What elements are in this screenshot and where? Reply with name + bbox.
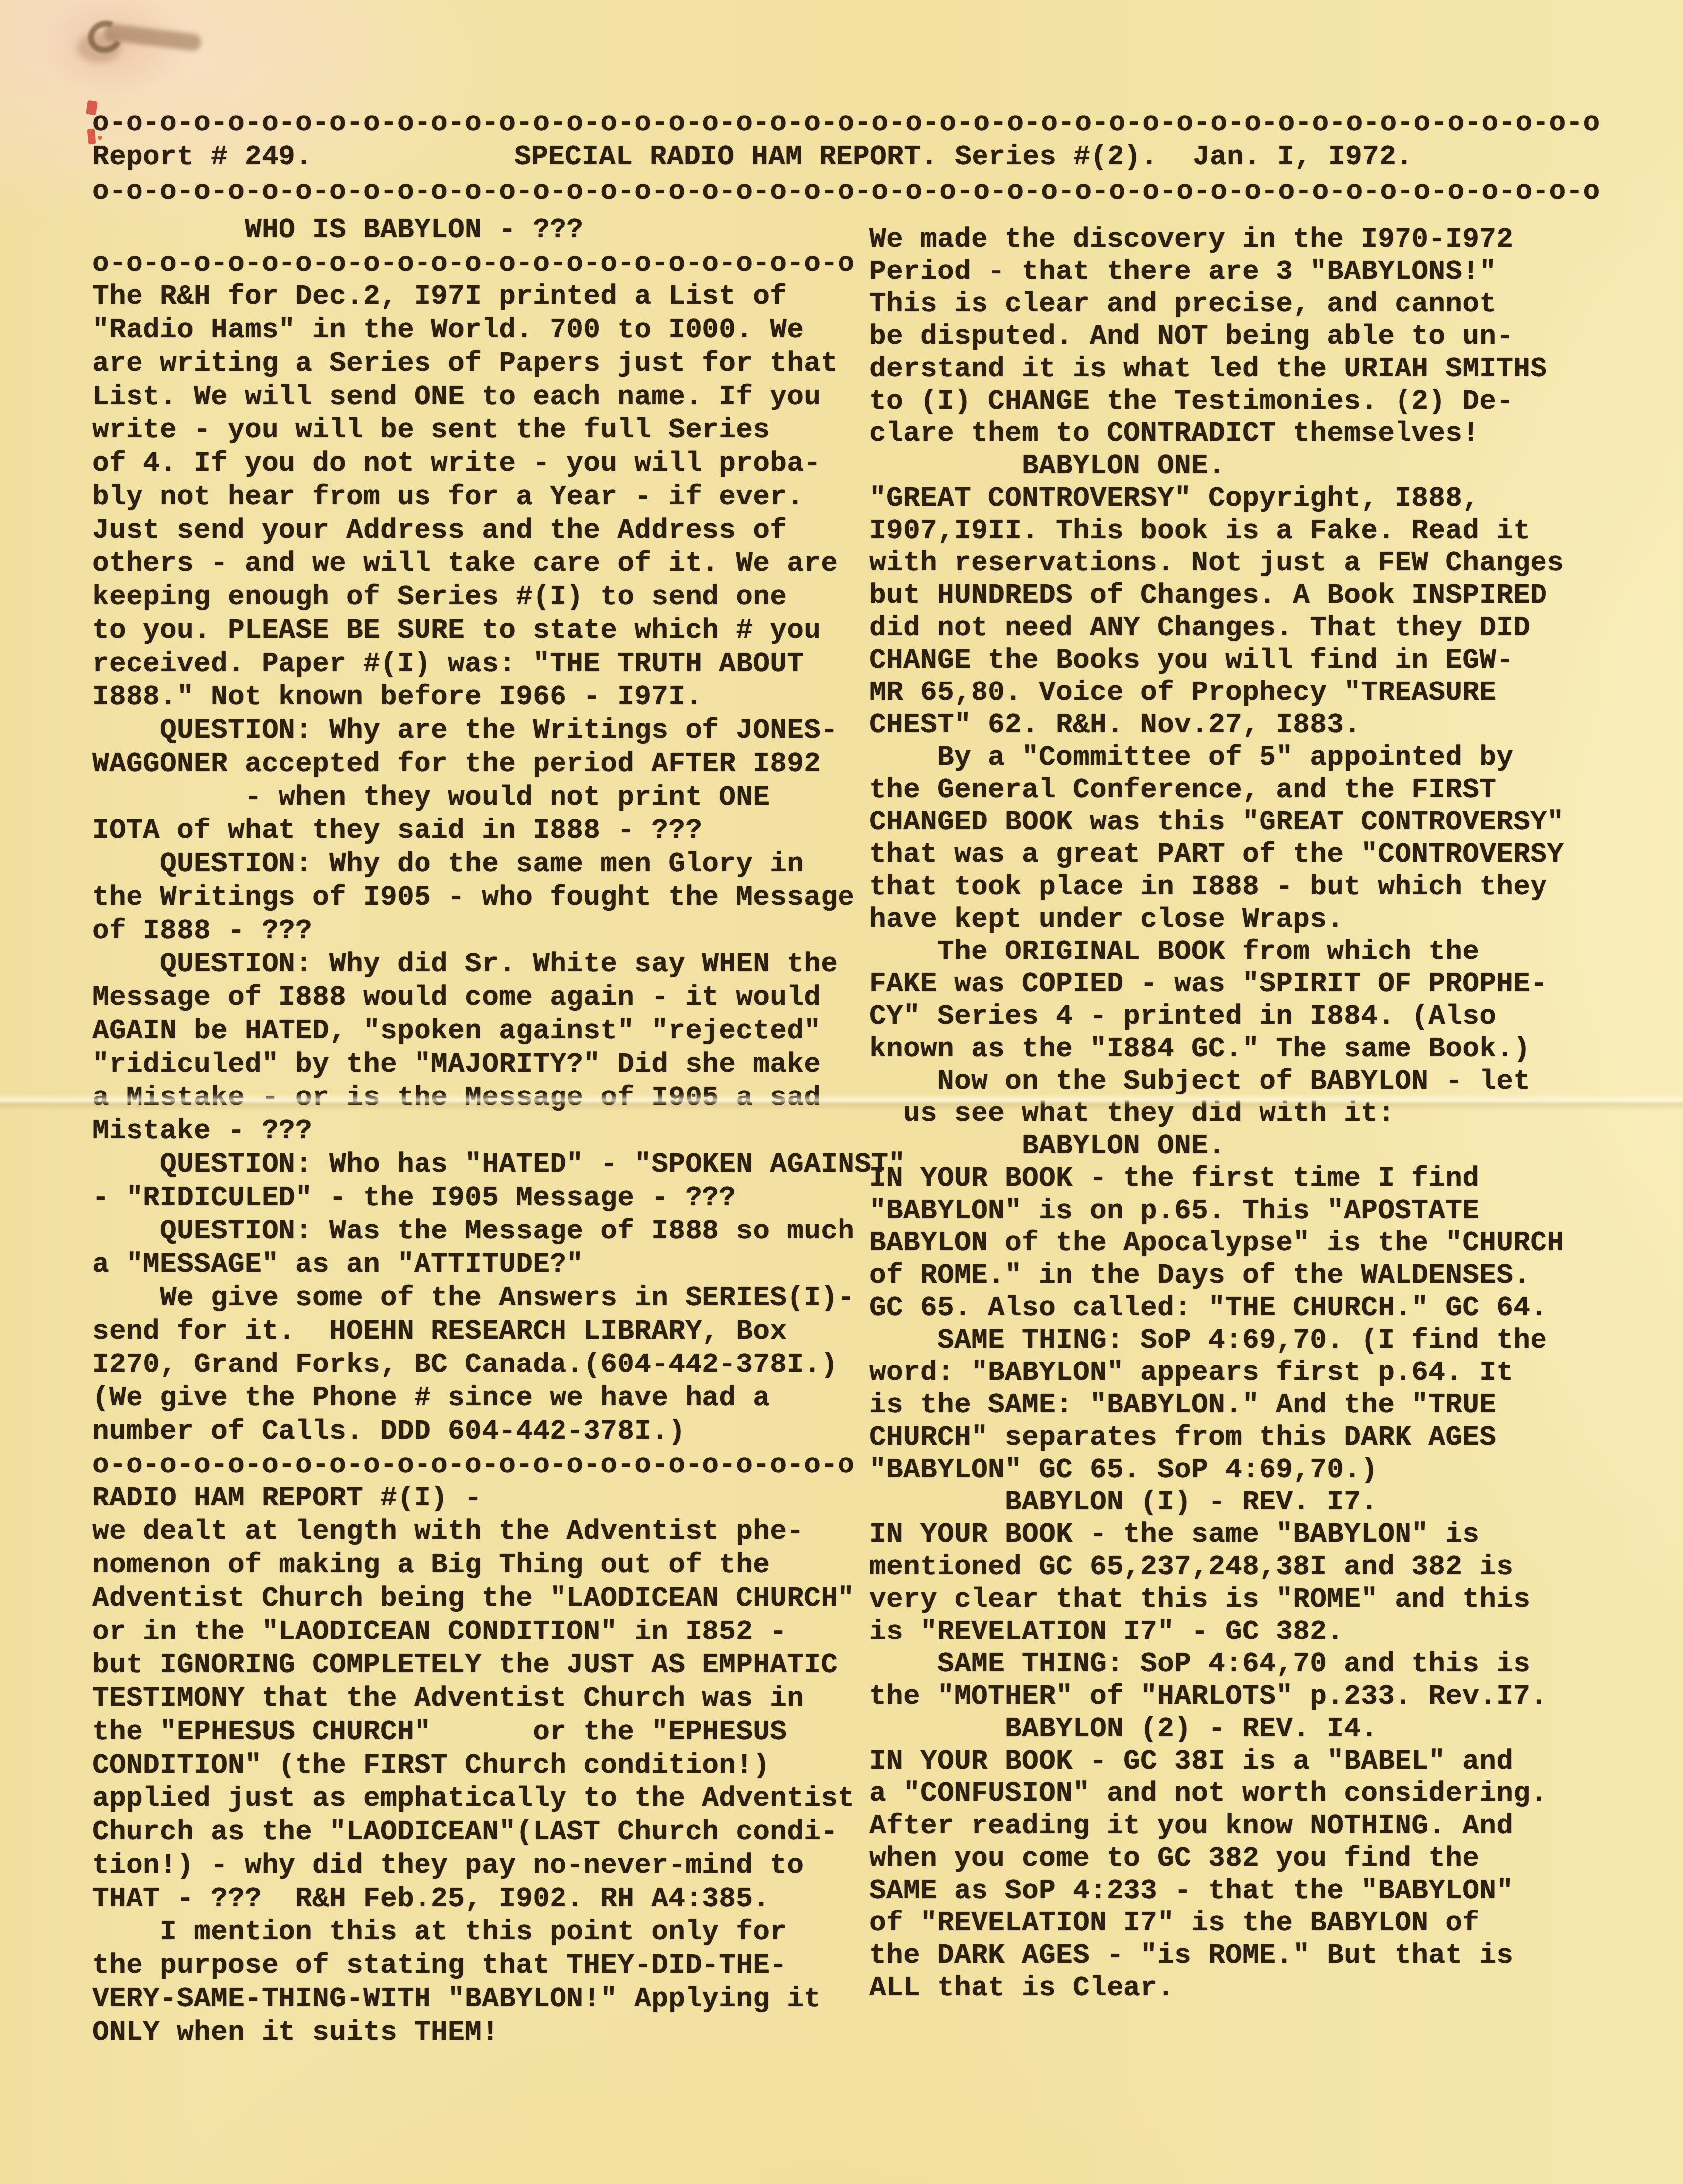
text-line: CY" Series 4 - printed in I884. (Also — [869, 1000, 1647, 1033]
text-line: I888." Not known before I966 - I97I. — [92, 681, 856, 714]
text-line: o-o-o-o-o-o-o-o-o-o-o-o-o-o-o-o-o-o-o-o-… — [92, 1448, 856, 1482]
text-line: number of Calls. DDD 604-442-378I.) — [92, 1415, 856, 1448]
text-line: mentioned GC 65,237,248,38I and 382 is — [869, 1551, 1647, 1583]
text-line: IN YOUR BOOK - GC 38I is a "BABEL" and — [869, 1745, 1647, 1777]
text-line: clare them to CONTRADICT themselves! — [869, 417, 1647, 450]
text-line: The ORIGINAL BOOK from which the — [869, 936, 1647, 968]
report-number: Report # 249. — [92, 140, 312, 174]
text-line: This is clear and precise, and cannot — [869, 288, 1647, 320]
text-line: "Radio Hams" in the World. 700 to I000. … — [92, 313, 856, 347]
text-line: IOTA of what they said in I888 - ??? — [92, 814, 856, 847]
page-title: SPECIAL RADIO HAM REPORT. Series #(2). — [514, 140, 1158, 174]
text-line: are writing a Series of Papers just for … — [92, 347, 856, 380]
text-line: to you. PLEASE BE SURE to state which # … — [92, 614, 856, 647]
text-line: a "MESSAGE" as an "ATTITUDE?" — [92, 1248, 856, 1281]
header-divider-top: o-o-o-o-o-o-o-o-o-o-o-o-o-o-o-o-o-o-o-o-… — [92, 106, 1600, 139]
text-line: By a "Committee of 5" appointed by — [869, 741, 1647, 774]
text-line: others - and we will take care of it. We… — [92, 547, 856, 580]
text-line: have kept under close Wraps. — [869, 903, 1647, 936]
text-line: Adventist Church being the "LAODICEAN CH… — [92, 1582, 856, 1615]
text-line: SAME THING: SoP 4:64,70 and this is — [869, 1648, 1647, 1680]
scanned-newsletter-page: o-o-o-o-o-o-o-o-o-o-o-o-o-o-o-o-o-o-o-o-… — [0, 0, 1683, 2184]
header-divider-bottom: o-o-o-o-o-o-o-o-o-o-o-o-o-o-o-o-o-o-o-o-… — [92, 174, 1600, 208]
text-line: that took place in I888 - but which they — [869, 871, 1647, 903]
text-line: Just send your Address and the Address o… — [92, 514, 856, 547]
text-line: but HUNDREDS of Changes. A Book INSPIRED — [869, 579, 1647, 612]
text-line: CHEST" 62. R&H. Nov.27, I883. — [869, 709, 1647, 741]
text-line: the DARK AGES - "is ROME." But that is — [869, 1939, 1647, 1972]
text-line: of I888 - ??? — [92, 914, 856, 948]
text-line: of "REVELATION I7" is the BABYLON of — [869, 1907, 1647, 1939]
text-line: the "MOTHER" of "HARLOTS" p.233. Rev.I7. — [869, 1680, 1647, 1713]
text-line: SAME as SoP 4:233 - that the "BABYLON" — [869, 1875, 1647, 1907]
text-line: After reading it you know NOTHING. And — [869, 1810, 1647, 1842]
text-line: BABYLON of the Apocalypse" is the "CHURC… — [869, 1227, 1647, 1259]
text-line: very clear that this is "ROME" and this — [869, 1583, 1647, 1616]
text-line: that was a great PART of the "CONTROVERS… — [869, 838, 1647, 871]
text-line: Church as the "LAODICEAN"(LAST Church co… — [92, 1815, 856, 1849]
text-line: "ridiculed" by the "MAJORITY?" Did she m… — [92, 1048, 856, 1081]
text-line: Message of I888 would come again - it wo… — [92, 981, 856, 1014]
text-line: TESTIMONY that the Adventist Church was … — [92, 1682, 856, 1715]
text-line: send for it. HOEHN RESEARCH LIBRARY, Box — [92, 1315, 856, 1348]
text-line: word: "BABYLON" appears first p.64. It — [869, 1357, 1647, 1389]
text-line: the General Conference, and the FIRST — [869, 774, 1647, 806]
text-line: QUESTION: Why do the same men Glory in — [92, 847, 856, 881]
text-line: BABYLON ONE. — [869, 450, 1647, 482]
text-line: QUESTION: Was the Message of I888 so muc… — [92, 1215, 856, 1248]
text-line: is the SAME: "BABYLON." And the "TRUE — [869, 1389, 1647, 1421]
text-line: we dealt at length with the Adventist ph… — [92, 1515, 856, 1548]
text-line: VERY-SAME-THING-WITH "BABYLON!" Applying… — [92, 1982, 856, 2016]
text-line: IN YOUR BOOK - the first time I find — [869, 1162, 1647, 1195]
text-line: the "EPHESUS CHURCH" or the "EPHESUS — [92, 1715, 856, 1749]
text-line: but IGNORING COMPLETELY the JUST AS EMPH… — [92, 1648, 856, 1682]
text-line: with reservations. Not just a FEW Change… — [869, 547, 1647, 579]
text-line: a Mistake - or is the Message of I905 a … — [92, 1081, 856, 1114]
text-line: CONDITION" (the FIRST Church condition!) — [92, 1749, 856, 1782]
text-line: - "RIDICULED" - the I905 Message - ??? — [92, 1181, 856, 1215]
text-line: CHANGED BOOK was this "GREAT CONTROVERSY… — [869, 806, 1647, 838]
text-line: ALL that is Clear. — [869, 1972, 1647, 2004]
page-date: Jan. I, I972. — [1193, 140, 1413, 174]
text-line: MR 65,80. Voice of Prophecy "TREASURE — [869, 677, 1647, 709]
text-line: to (I) CHANGE the Testimonies. (2) De- — [869, 385, 1647, 417]
text-line: applied just as emphatically to the Adve… — [92, 1782, 856, 1815]
text-line: BABYLON (I) - REV. I7. — [869, 1486, 1647, 1518]
text-line: List. We will send ONE to each name. If … — [92, 380, 856, 413]
text-line: "GREAT CONTROVERSY" Copyright, I888, — [869, 482, 1647, 515]
left-column: WHO IS BABYLON - ???o-o-o-o-o-o-o-o-o-o-… — [92, 213, 856, 2049]
right-column: We made the discovery in the I970-I972Pe… — [869, 223, 1647, 2004]
text-line: WHO IS BABYLON - ??? — [92, 213, 856, 247]
text-line: - when they would not print ONE — [92, 781, 856, 814]
text-line: GC 65. Also called: "THE CHURCH." GC 64. — [869, 1292, 1647, 1324]
text-line: IN YOUR BOOK - the same "BABYLON" is — [869, 1518, 1647, 1551]
text-line: a "CONFUSION" and not worth considering. — [869, 1777, 1647, 1810]
text-line: RADIO HAM REPORT #(I) - — [92, 1482, 856, 1515]
text-line: We made the discovery in the I970-I972 — [869, 223, 1647, 256]
text-line: Period - that there are 3 "BABYLONS!" — [869, 256, 1647, 288]
text-line: or in the "LAODICEAN CONDITION" in I852 … — [92, 1615, 856, 1648]
text-line: QUESTION: Why are the Writings of JONES- — [92, 714, 856, 747]
stain-curl — [83, 16, 127, 58]
text-line: us see what they did with it: — [869, 1097, 1647, 1130]
text-line: known as the "I884 GC." The same Book.) — [869, 1033, 1647, 1065]
stain-streak — [103, 23, 202, 52]
text-line: when you come to GC 382 you find the — [869, 1842, 1647, 1875]
text-line: WAGGONER accepted for the period AFTER I… — [92, 747, 856, 781]
text-line: tion!) - why did they pay no-never-mind … — [92, 1849, 856, 1882]
text-line: "BABYLON" GC 65. SoP 4:69,70.) — [869, 1454, 1647, 1486]
text-line: nomenon of making a Big Thing out of the — [92, 1548, 856, 1582]
text-line: AGAIN be HATED, "spoken against" "reject… — [92, 1014, 856, 1048]
text-line: o-o-o-o-o-o-o-o-o-o-o-o-o-o-o-o-o-o-o-o-… — [92, 247, 856, 280]
text-line: BABYLON ONE. — [869, 1130, 1647, 1162]
text-line: QUESTION: Why did Sr. White say WHEN the — [92, 948, 856, 981]
text-line: QUESTION: Who has "HATED" - "SPOKEN AGAI… — [92, 1148, 856, 1181]
text-line: BABYLON (2) - REV. I4. — [869, 1713, 1647, 1745]
text-line: keeping enough of Series #(I) to send on… — [92, 580, 856, 614]
text-line: derstand it is what led the URIAH SMITHS — [869, 353, 1647, 385]
text-line: did not need ANY Changes. That they DID — [869, 612, 1647, 644]
text-line: Now on the Subject of BABYLON - let — [869, 1065, 1647, 1097]
text-line: ONLY when it suits THEM! — [92, 2016, 856, 2049]
text-line: The R&H for Dec.2, I97I printed a List o… — [92, 280, 856, 313]
text-line: We give some of the Answers in SERIES(I)… — [92, 1281, 856, 1315]
text-line: write - you will be sent the full Series — [92, 413, 856, 447]
text-line: THAT - ??? R&H Feb.25, I902. RH A4:385. — [92, 1882, 856, 1915]
text-line: I mention this at this point only for — [92, 1915, 856, 1949]
text-line: Mistake - ??? — [92, 1114, 856, 1148]
text-line: "BABYLON" is on p.65. This "APOSTATE — [869, 1195, 1647, 1227]
text-line: SAME THING: SoP 4:69,70. (I find the — [869, 1324, 1647, 1357]
text-line: (We give the Phone # since we have had a — [92, 1381, 856, 1415]
text-line: I907,I9II. This book is a Fake. Read it — [869, 515, 1647, 547]
text-line: the Writings of I905 - who fought the Me… — [92, 881, 856, 914]
text-line: received. Paper #(I) was: "THE TRUTH ABO… — [92, 647, 856, 681]
text-line: be disputed. And NOT being able to un- — [869, 320, 1647, 353]
text-line: I270, Grand Forks, BC Canada.(604-442-37… — [92, 1348, 856, 1381]
text-line: CHANGE the Books you will find in EGW- — [869, 644, 1647, 677]
text-line: of 4. If you do not write - you will pro… — [92, 447, 856, 480]
text-line: is "REVELATION I7" - GC 382. — [869, 1616, 1647, 1648]
text-line: CHURCH" separates from this DARK AGES — [869, 1421, 1647, 1454]
text-line: of ROME." in the Days of the WALDENSES. — [869, 1259, 1647, 1292]
text-line: FAKE was COPIED - was "SPIRIT OF PROPHE- — [869, 968, 1647, 1000]
text-line: bly not hear from us for a Year - if eve… — [92, 480, 856, 514]
text-line: the purpose of stating that THEY-DID-THE… — [92, 1949, 856, 1982]
stain-blob — [77, 33, 121, 63]
